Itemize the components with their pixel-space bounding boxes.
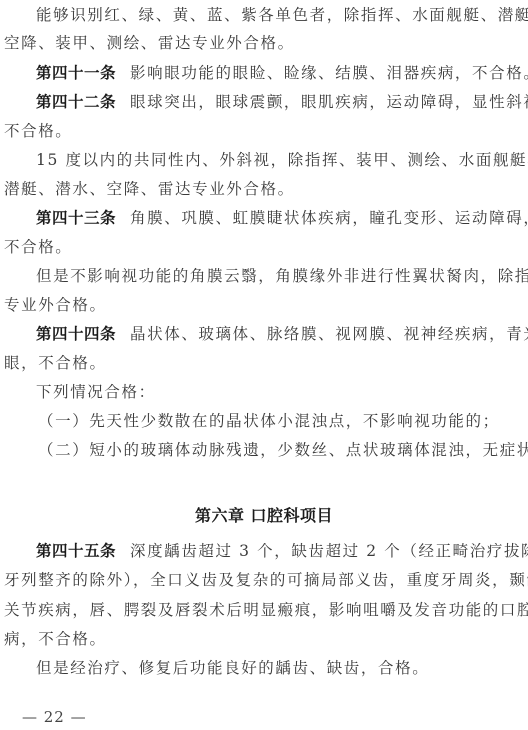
line-text: 眼，不合格。 [4,354,107,372]
list-item: （二）短小的玻璃体动脉残遗，少数丝、点状玻璃体混浊，无症状的。 [38,440,528,460]
paragraph-line: 能够识别红、绿、黄、蓝、紫各单色者，除指挥、水面舰艇、潜艇、 [36,5,528,25]
line-text: 下列情况合格： [36,383,156,401]
line-text: （一）先天性少数散在的晶状体小混浊点，不影响视功能的； [38,412,500,430]
line-text: 眼球突出，眼球震颤，眼肌疾病，运动障碍，显性斜视， [130,93,528,111]
paragraph-line: 15 度以内的共同性内、外斜视，除指挥、装甲、测绘、水面舰艇、 [36,150,528,170]
article-42: 第四十二条眼球突出，眼球震颤，眼肌疾病，运动障碍，显性斜视， [36,92,528,112]
line-text: 影响眼功能的眼睑、睑缘、结膜、泪器疾病，不合格。 [130,64,528,82]
paragraph-line: 不合格。 [4,121,72,141]
line-text: 15 度以内的共同性内、外斜视，除指挥、装甲、测绘、水面舰艇、 [36,151,528,169]
line-text: 能够识别红、绿、黄、蓝、紫各单色者，除指挥、水面舰艇、潜艇、 [36,6,528,24]
list-item: （一）先天性少数散在的晶状体小混浊点，不影响视功能的； [38,411,500,431]
line-text: 空降、装甲、测绘、雷达专业外合格。 [4,34,295,52]
paragraph-line: 下列情况合格： [36,382,156,402]
article-41: 第四十一条影响眼功能的眼睑、睑缘、结膜、泪器疾病，不合格。 [36,63,528,83]
article-45: 第四十五条深度龋齿超过 3 个，缺齿超过 2 个（经正畸治疗拔除、 [36,541,528,561]
line-text: 病，不合格。 [4,630,107,648]
line-text: 关节疾病，唇、腭裂及唇裂术后明显瘢痕，影响咀嚼及发音功能的口腔疾 [4,601,528,619]
line-text: 不合格。 [4,238,72,256]
chapter-title: 第六章 口腔科项目 [0,503,528,526]
line-text: 但是不影响视功能的角膜云翳，角膜缘外非进行性翼状胬肉，除指挥 [36,267,528,285]
paragraph-line: 但是不影响视功能的角膜云翳，角膜缘外非进行性翼状胬肉，除指挥 [36,266,528,286]
line-text: 专业外合格。 [4,296,107,314]
paragraph-line: 不合格。 [4,237,72,257]
article-label: 第四十二条 [36,93,116,111]
line-text: 深度龋齿超过 3 个，缺齿超过 2 个（经正畸治疗拔除、 [130,542,528,560]
paragraph-line: 专业外合格。 [4,295,107,315]
article-label: 第四十五条 [36,542,116,560]
paragraph-line: 关节疾病，唇、腭裂及唇裂术后明显瘢痕，影响咀嚼及发音功能的口腔疾 [4,600,528,620]
line-text: 但是经治疗、修复后功能良好的龋齿、缺齿，合格。 [36,659,429,677]
line-text: 晶状体、玻璃体、脉络膜、视网膜、视神经疾病，青光 [130,325,528,343]
paragraph-line: 眼，不合格。 [4,353,107,373]
article-label: 第四十一条 [36,64,116,82]
line-text: （二）短小的玻璃体动脉残遗，少数丝、点状玻璃体混浊，无症状的。 [38,441,528,459]
paragraph-line: 牙列整齐的除外），全口义齿及复杂的可摘局部义齿，重度牙周炎，颞颌 [4,570,528,590]
paragraph-line: 病，不合格。 [4,629,107,649]
article-43: 第四十三条角膜、巩膜、虹膜睫状体疾病，瞳孔变形、运动障碍， [36,208,528,228]
paragraph-line: 潜艇、潜水、空降、雷达专业外合格。 [4,179,295,199]
line-text: 角膜、巩膜、虹膜睫状体疾病，瞳孔变形、运动障碍， [130,209,528,227]
article-44: 第四十四条晶状体、玻璃体、脉络膜、视网膜、视神经疾病，青光 [36,324,528,344]
line-text: 牙列整齐的除外），全口义齿及复杂的可摘局部义齿，重度牙周炎，颞颌 [4,571,528,589]
line-text: 潜艇、潜水、空降、雷达专业外合格。 [4,180,295,198]
page-number: — 22 — [22,708,87,726]
paragraph-line: 空降、装甲、测绘、雷达专业外合格。 [4,33,295,53]
paragraph-line: 但是经治疗、修复后功能良好的龋齿、缺齿，合格。 [36,658,429,678]
article-label: 第四十三条 [36,209,116,227]
line-text: 不合格。 [4,122,72,140]
article-label: 第四十四条 [36,325,116,343]
